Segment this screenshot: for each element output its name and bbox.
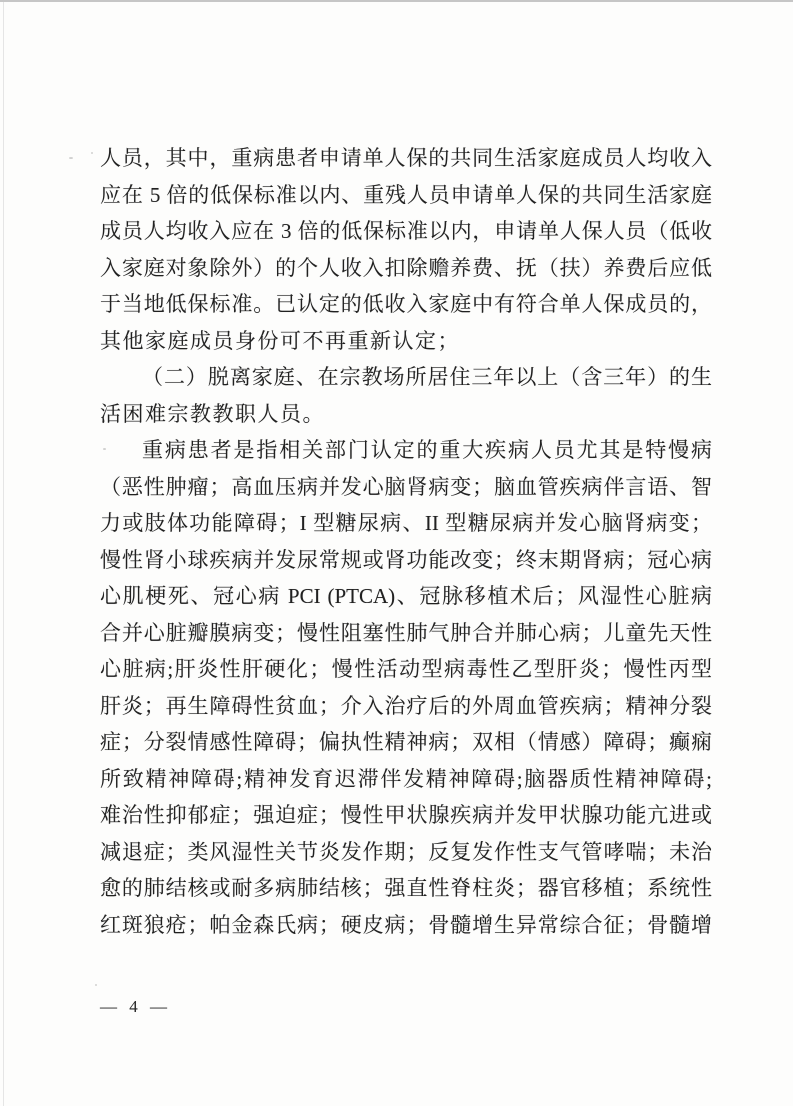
scan-top-edge-line [0, 0, 793, 2]
para-continuation-single-person-benefit: 人员，其中，重病患者申请单人保的共同生活家庭成员人均收入应在 5 倍的低保标准以… [100, 140, 712, 359]
scan-left-edge-line [3, 2, 4, 1106]
text-line: 肝炎；再生障碍性贫血；介入治疗后的外周血管疾病；精神分裂 [100, 688, 712, 725]
text-line: 合并心脏瓣膜病变；慢性阻塞性肺气肿合并肺心病；儿童先天性 [100, 615, 712, 652]
text-line: 减退症；类风湿性关节炎发作期；反复发作性支气管哮喘；未治 [100, 834, 712, 871]
text-line: 愈的肺结核或耐多病肺结核；强直性脊柱炎；器官移植；系统性 [100, 870, 712, 907]
text-line: 难治性抑郁症；强迫症；慢性甲状腺疾病并发甲状腺功能亢进或 [100, 797, 712, 834]
text-line: 所致精神障碍;精神发育迟滞伴发精神障碍;脑器质性精神障碍; [100, 761, 712, 798]
text-line: 症；分裂情感性障碍；偏执性精神病；双相（情感）障碍；癫痫 [100, 724, 712, 761]
scanned-document-page: 人员，其中，重病患者申请单人保的共同生活家庭成员人均收入应在 5 倍的低保标准以… [0, 0, 793, 1106]
text-line: 力或肢体功能障碍；I 型糖尿病、II 型糖尿病并发心脑肾病变； [100, 505, 712, 542]
text-line: 应在 5 倍的低保标准以内、重残人员申请单人保的共同生活家庭 [100, 177, 712, 214]
scan-speck [69, 157, 73, 159]
scan-speck [91, 152, 93, 154]
text-line: （二）脱离家庭、在宗教场所居住三年以上（含三年）的生 [100, 359, 712, 396]
page-number: — 4 — [100, 997, 171, 1017]
text-line: 活困难宗教教职人员。 [100, 396, 712, 433]
text-block: 人员，其中，重病患者申请单人保的共同生活家庭成员人均收入应在 5 倍的低保标准以… [100, 140, 712, 943]
text-line: （恶性肿瘤；高血压病并发心脑肾病变；脑血管疾病伴言语、智 [100, 469, 712, 506]
text-line: 人员，其中，重病患者申请单人保的共同生活家庭成员人均收入 [100, 140, 712, 177]
text-line: 于当地低保标准。已认定的低收入家庭中有符合单人保成员的， [100, 286, 712, 323]
text-line: 心脏病;肝炎性肝硬化；慢性活动型病毒性乙型肝炎；慢性丙型 [100, 651, 712, 688]
text-line: 其他家庭成员身份可不再重新认定； [100, 323, 712, 360]
text-line: 慢性肾小球疾病并发尿常规或肾功能改变；终末期肾病；冠心病 [100, 542, 712, 579]
scan-speck [95, 984, 97, 986]
para-item-2-religious-personnel: （二）脱离家庭、在宗教场所居住三年以上（含三年）的生活困难宗教教职人员。 [100, 359, 712, 432]
text-line: 成员人均收入应在 3 倍的低保标准以内，申请单人保人员（低收 [100, 213, 712, 250]
text-line: 红斑狼疮；帕金森氏病；硬皮病；骨髓增生异常综合征；骨髓增 [100, 907, 712, 944]
text-line: 心肌梗死、冠心病 PCI (PTCA)、冠脉移植术后；风湿性心脏病 [100, 578, 712, 615]
text-line: 重病患者是指相关部门认定的重大疾病人员尤其是特慢病 [100, 432, 712, 469]
para-serious-illness-definition: 重病患者是指相关部门认定的重大疾病人员尤其是特慢病（恶性肿瘤；高血压病并发心脑肾… [100, 432, 712, 943]
text-line: 入家庭对象除外）的个人收入扣除赡养费、抚（扶）养费后应低 [100, 250, 712, 287]
